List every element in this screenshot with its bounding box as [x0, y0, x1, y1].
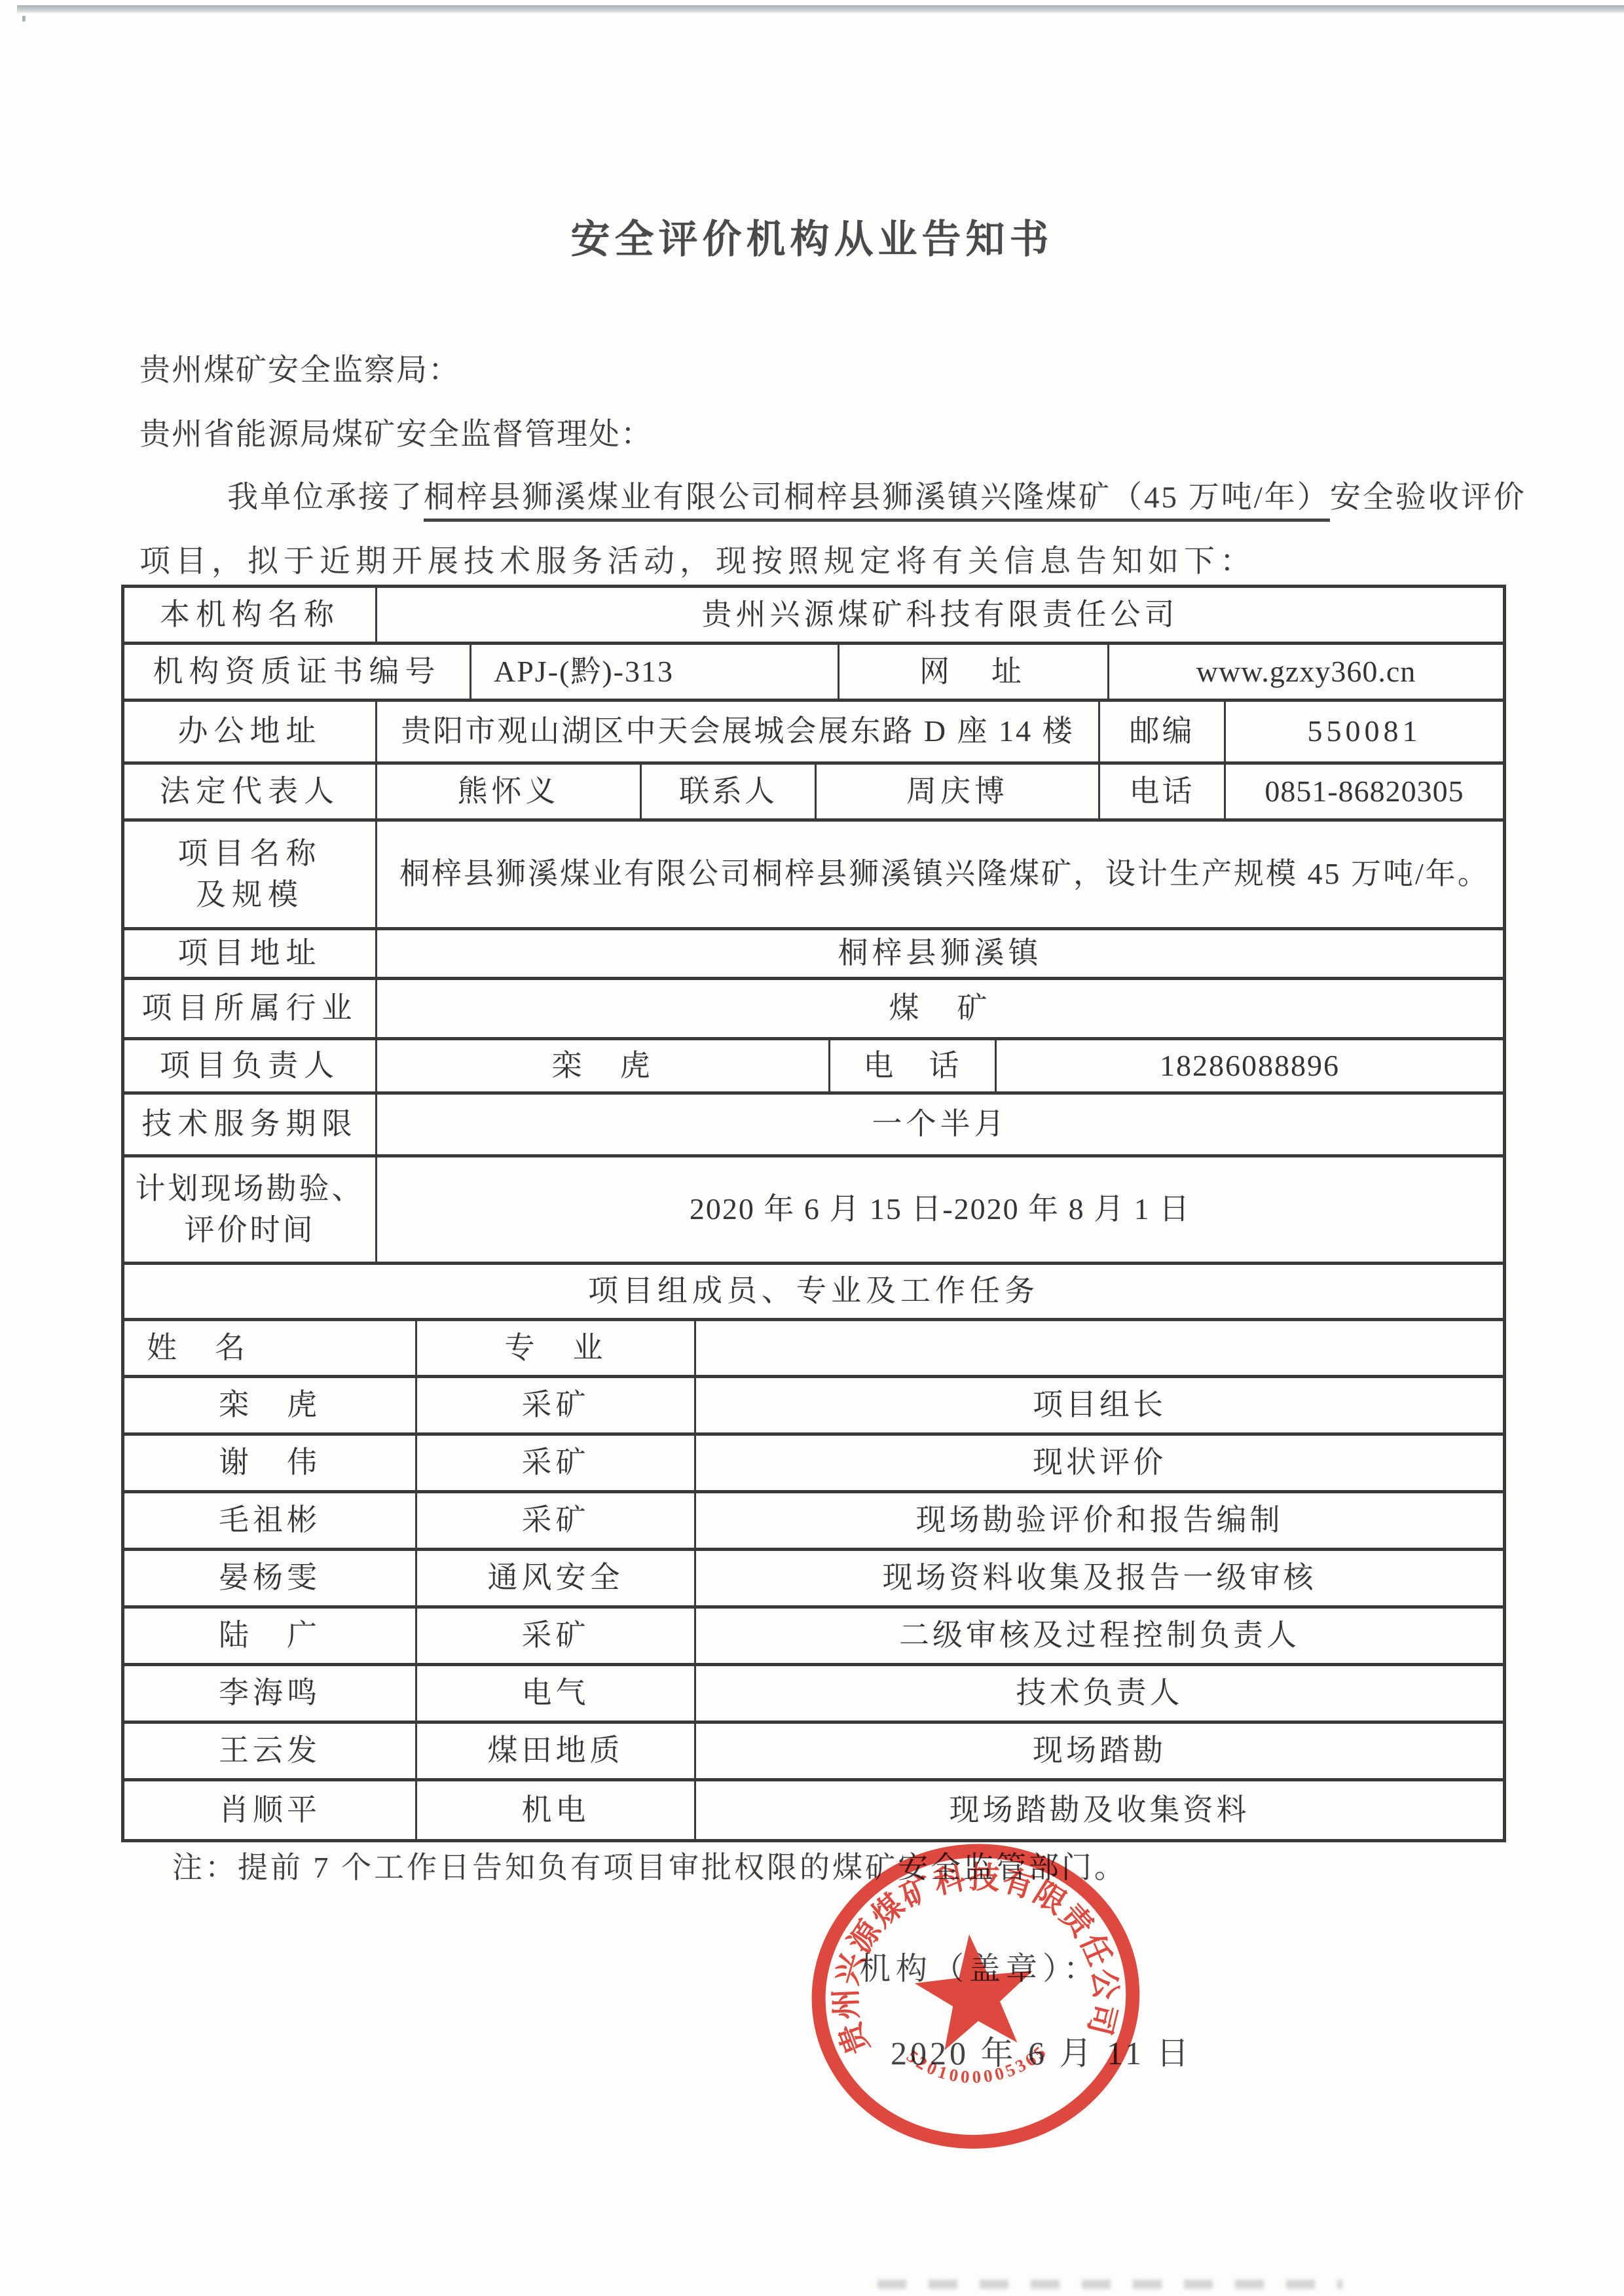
phone-label: 电话	[1100, 765, 1226, 818]
table-row-member-columns: 姓 名 专 业	[124, 1321, 1503, 1378]
industry-label: 项目所属行业	[124, 980, 377, 1037]
table-row-legal-representative: 法定代表人 熊怀义 联系人 周庆博 电话 0851-86820305	[124, 765, 1503, 822]
qualification-value: APJ-(黔)-313	[471, 645, 840, 699]
underlined-project-name: 桐梓县狮溪煤业有限公司桐梓县狮溪镇兴隆煤矿（45 万吨/年）	[424, 481, 1330, 522]
member-name: 谢 伟	[124, 1436, 417, 1490]
info-table: 本机构名称 贵州兴源煤矿科技有限责任公司 机构资质证书编号 APJ-(黔)-31…	[121, 585, 1506, 1842]
schedule-value: 2020 年 6 月 15 日-2020 年 8 月 1 日	[377, 1157, 1503, 1262]
members-header: 项目组成员、专业及工作任务	[124, 1265, 1503, 1318]
member-name: 李海鸣	[124, 1666, 417, 1721]
member-task: 现状评价	[696, 1436, 1503, 1490]
member-name: 毛祖彬	[124, 1493, 417, 1548]
office-address-value: 贵阳市观山湖区中天会展城会展东路 D 座 14 楼	[377, 702, 1100, 761]
column-header-major: 专 业	[417, 1321, 696, 1375]
postcode-value: 550081	[1226, 702, 1503, 761]
member-major: 采矿	[417, 1436, 696, 1490]
table-row-industry: 项目所属行业 煤 矿	[124, 980, 1503, 1040]
website-value: www.gzxy360.cn	[1109, 645, 1503, 699]
member-task: 现场踏勘	[696, 1724, 1503, 1778]
service-period-value: 一个半月	[377, 1095, 1503, 1154]
legal-representative-name: 熊怀义	[377, 765, 642, 818]
table-row-schedule: 计划现场勘验、 评价时间 2020 年 6 月 15 日-2020 年 8 月 …	[124, 1157, 1503, 1265]
member-row: 晏杨雯 通风安全 现场资料收集及报告一级审核	[124, 1551, 1503, 1609]
schedule-label: 计划现场勘验、 评价时间	[124, 1157, 377, 1262]
office-address-label: 办公地址	[124, 702, 377, 761]
member-row: 栾 虎 采矿 项目组长	[124, 1378, 1503, 1436]
project-leader-name: 栾 虎	[377, 1040, 830, 1091]
member-task: 技术负责人	[696, 1666, 1503, 1721]
member-name: 晏杨雯	[124, 1551, 417, 1605]
project-address-label: 项目地址	[124, 930, 377, 977]
column-header-name: 姓 名	[124, 1321, 417, 1375]
paragraph-prefix: 我单位承接了	[227, 481, 424, 515]
table-row-service-period: 技术服务期限 一个半月	[124, 1095, 1503, 1157]
member-row: 毛祖彬 采矿 现场勘验评价和报告编制	[124, 1493, 1503, 1551]
table-row-members-header: 项目组成员、专业及工作任务	[124, 1265, 1503, 1321]
project-name-label-line1: 项目名称	[178, 833, 322, 874]
industry-value: 煤 矿	[377, 980, 1503, 1037]
contact-person-label: 联系人	[642, 765, 817, 818]
legal-representative-label: 法定代表人	[124, 765, 377, 818]
member-name: 陆 广	[124, 1609, 417, 1663]
agency-name-value: 贵州兴源煤矿科技有限责任公司	[377, 588, 1503, 642]
service-period-label: 技术服务期限	[124, 1095, 377, 1154]
member-task: 现场资料收集及报告一级审核	[696, 1551, 1503, 1605]
member-task: 现场勘验评价和报告编制	[696, 1493, 1503, 1548]
scan-artifact-top	[17, 5, 1624, 14]
member-major: 煤田地质	[417, 1724, 696, 1778]
schedule-label-line2: 评价时间	[185, 1210, 316, 1250]
member-major: 采矿	[417, 1609, 696, 1663]
member-major: 采矿	[417, 1493, 696, 1548]
member-major: 机电	[417, 1781, 696, 1839]
svg-text:5201000005365: 5201000005365	[902, 2032, 1055, 2095]
seal-serial-number: 5201000005365	[902, 2032, 1055, 2095]
member-row: 肖顺平 机电 现场踏勘及收集资料	[124, 1781, 1503, 1839]
addressee-line-1: 贵州煤矿安全监察局：	[139, 346, 460, 390]
member-row: 王云发 煤田地质 现场踏勘	[124, 1724, 1503, 1781]
paragraph-suffix: 安全验收评价	[1330, 481, 1526, 515]
member-major: 通风安全	[417, 1551, 696, 1605]
table-row-project-name: 项目名称 及规模 桐梓县狮溪煤业有限公司桐梓县狮溪镇兴隆煤矿，设计生产规模 45…	[124, 822, 1503, 930]
member-major: 采矿	[417, 1378, 696, 1432]
member-rows: 栾 虎 采矿 项目组长 谢 伟 采矿 现状评价 毛祖彬 采矿 现场勘验评价和报告…	[124, 1378, 1503, 1839]
member-name: 栾 虎	[124, 1378, 417, 1432]
phone-value: 0851-86820305	[1226, 765, 1503, 818]
table-row-project-leader: 项目负责人 栾 虎 电 话 18286088896	[124, 1040, 1503, 1095]
scan-speck	[22, 16, 26, 22]
member-row: 谢 伟 采矿 现状评价	[124, 1436, 1503, 1493]
table-row-project-address: 项目地址 桐梓县狮溪镇	[124, 930, 1503, 980]
company-seal: 贵州兴源煤矿科技有限责任公司 5201000005365	[788, 1819, 1166, 2175]
member-name: 王云发	[124, 1724, 417, 1778]
contact-person-name: 周庆博	[817, 765, 1100, 818]
leader-phone-value: 18286088896	[997, 1040, 1503, 1091]
project-leader-label: 项目负责人	[124, 1040, 377, 1091]
table-row-qualification: 机构资质证书编号 APJ-(黔)-313 网 址 www.gzxy360.cn	[124, 645, 1503, 702]
member-major: 电气	[417, 1666, 696, 1721]
table-row-office-address: 办公地址 贵阳市观山湖区中天会展城会展东路 D 座 14 楼 邮编 550081	[124, 702, 1503, 765]
column-header-task	[696, 1321, 1503, 1375]
member-row: 李海鸣 电气 技术负责人	[124, 1666, 1503, 1724]
document-page: 安全评价机构从业告知书 贵州煤矿安全监察局： 贵州省能源局煤矿安全监督管理处： …	[0, 0, 1624, 2296]
project-name-label-line2: 及规模	[196, 875, 304, 915]
agency-name-label: 本机构名称	[124, 588, 377, 642]
table-row-agency-name: 本机构名称 贵州兴源煤矿科技有限责任公司	[124, 588, 1503, 645]
project-name-value: 桐梓县狮溪煤业有限公司桐梓县狮溪镇兴隆煤矿，设计生产规模 45 万吨/年。	[377, 822, 1503, 927]
member-task: 项目组长	[696, 1378, 1503, 1432]
scan-artifact-bottom	[877, 2280, 1342, 2289]
schedule-label-line1: 计划现场勘验、	[136, 1169, 365, 1209]
member-task: 二级审核及过程控制负责人	[696, 1609, 1503, 1663]
addressee-line-2: 贵州省能源局煤矿安全监督管理处：	[139, 410, 653, 454]
website-label: 网 址	[840, 645, 1109, 699]
seal-star-icon	[910, 1928, 1040, 2052]
project-address-value: 桐梓县狮溪镇	[377, 930, 1503, 977]
member-row: 陆 广 采矿 二级审核及过程控制负责人	[124, 1609, 1503, 1666]
qualification-label: 机构资质证书编号	[124, 645, 471, 699]
leader-phone-label: 电 话	[830, 1040, 997, 1091]
member-name: 肖顺平	[124, 1781, 417, 1839]
body-paragraph-line-2: 项目，拟于近期开展技术服务活动，现按照规定将有关信息告知如下：	[139, 537, 1256, 581]
page-title: 安全评价机构从业告知书	[0, 208, 1624, 264]
postcode-label: 邮编	[1100, 702, 1226, 761]
body-paragraph-line-1: 我单位承接了桐梓县狮溪煤业有限公司桐梓县狮溪镇兴隆煤矿（45 万吨/年）安全验收…	[227, 473, 1526, 517]
project-name-label: 项目名称 及规模	[124, 822, 377, 927]
